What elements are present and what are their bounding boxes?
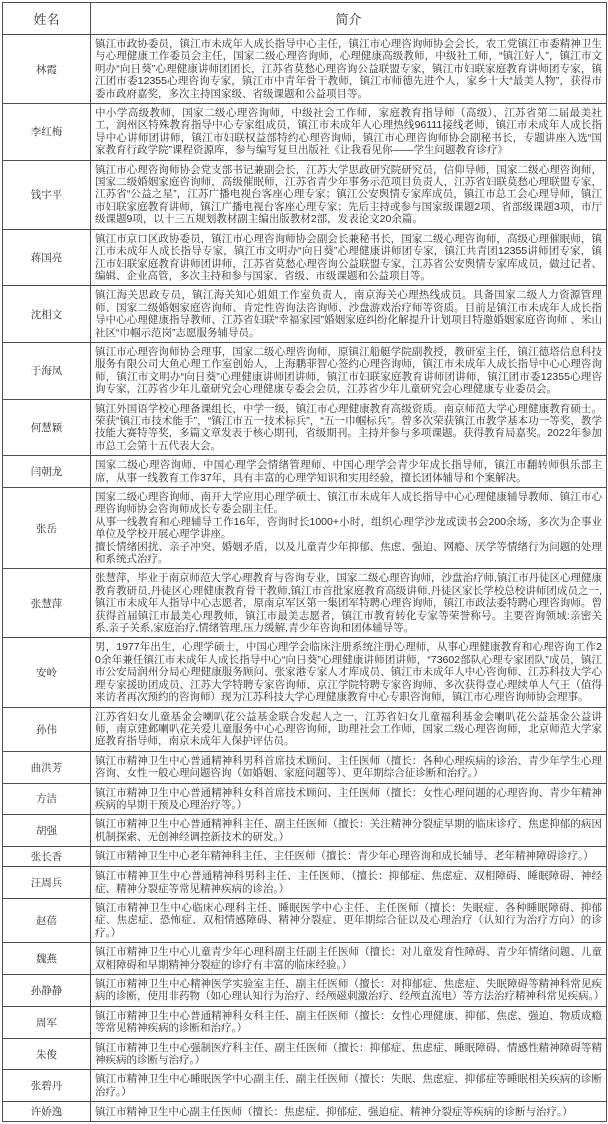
table-row: 周军镇江市精神卫生中心普通精神科女科主任、副主任医师（擅长：女性心理健康、抑郁、… — [3, 1006, 607, 1038]
table-row: 张碧丹镇江市精神卫生中心睡眠医学中心副主任、副主任医师（擅长：失眠、焦虑症、抑郁… — [3, 1070, 607, 1102]
header-row: 姓名 简介 — [3, 3, 607, 35]
person-intro: 镇江市精神卫生中心老年精神科主任、主任医师（擅长：青少年心理咨询和成长辅导、老年… — [91, 847, 607, 867]
person-name: 孙静静 — [3, 975, 91, 1007]
table-row: 于海凤镇江市心理咨询师协会理事，国家二级心理咨询师，原镇江船艇学院副教授，教研室… — [3, 342, 607, 399]
header-intro: 简介 — [91, 3, 607, 35]
person-name: 方洁 — [3, 783, 91, 815]
person-intro: 镇江市心理咨询师协会党支部书记兼副会长，江苏大学思政研究院研究员，信仰导师，国家… — [91, 160, 607, 229]
person-intro: 镇江市京口区政协委员，镇江市心理咨询师协会副会长兼秘书长，国家二级心理咨询师，高… — [91, 229, 607, 286]
person-name: 汪周兵 — [3, 867, 91, 899]
person-intro: 镇江市心理咨询师协会理事，国家二级心理咨询师，原镇江船艇学院副教授，教研室主任，… — [91, 342, 607, 399]
person-intro: 镇江市精神卫生中心普通精神科主任、副主任医师（擅长：关注精神分裂症早期的临床诊疗… — [91, 815, 607, 847]
table-row: 汪周兵镇江市精神卫生中心普通精神科男科主任、主任医师、（擅长：抑郁症、焦虑症、双… — [3, 867, 607, 899]
person-intro: 镇江市精神卫生中心临床心理科主任、睡眠医学中心主任、主任医师（擅长：失眠症、各种… — [91, 898, 607, 942]
person-name: 胡强 — [3, 815, 91, 847]
person-name: 何慧颖 — [3, 399, 91, 456]
person-intro: 男，1977年出生，心理学硕士，中国心理学会临床注册系统注册心理师，从事心理健康… — [91, 638, 607, 707]
person-intro: 镇江市精神卫生中心精神医学实验室主任、副主任医师（擅长：对抑郁症、焦虑症、失眠障… — [91, 975, 607, 1007]
person-name: 安岭 — [3, 638, 91, 707]
table-row: 何慧颖镇江外国语学校心理备课组长，中学一级，镇江市心理健康教育高级资质。南京师范… — [3, 399, 607, 456]
person-name: 钱宇平 — [3, 160, 91, 229]
table-row: 方洁镇江市精神卫生中心普通精神科女科首席技术顾问、主任医师（擅长：女性心理问题的… — [3, 783, 607, 815]
table-row: 钱宇平镇江市心理咨询师协会党支部书记兼副会长，江苏大学思政研究院研究员，信仰导师… — [3, 160, 607, 229]
person-name: 闫朝龙 — [3, 456, 91, 488]
table-row: 赵蓓镇江市精神卫生中心临床心理科主任、睡眠医学中心主任、主任医师（擅长：失眠症、… — [3, 898, 607, 942]
table-row: 朱俊镇江市精神卫生中心强制医疗科主任、副主任医师（擅长：抑郁症、焦虑症、睡眠障碍… — [3, 1038, 607, 1070]
person-name: 张长香 — [3, 847, 91, 867]
person-name: 朱俊 — [3, 1038, 91, 1070]
table-row: 孙静静镇江市精神卫生中心精神医学实验室主任、副主任医师（擅长：对抑郁症、焦虑症、… — [3, 975, 607, 1007]
table-row: 李红梅中小学高级教师，国家二级心理咨询师，中级社会工作师，家庭教育指导师（高级）… — [3, 104, 607, 161]
person-intro: 国家二级心理咨询师、南开大学应用心理学硕士、镇江市未成年人成长指导中心心理健康辅… — [91, 488, 607, 569]
person-intro: 镇江市精神卫生中心普通精神科女科首席技术顾问、主任医师（擅长：女性心理问题的心理… — [91, 783, 607, 815]
person-intro: 镇江市精神卫生中心强制医疗科主任、副主任医师（擅长：抑郁症、焦虑症、睡眠障碍、情… — [91, 1038, 607, 1070]
table-row: 沈相文镇江海关思政专员，镇江海关知心姐姐工作室负责人，南京海关心理热线成员。具备… — [3, 286, 607, 343]
person-intro: 中小学高级教师，国家二级心理咨询师，中级社会工作师，家庭教育指导师（高级），江苏… — [91, 104, 607, 161]
person-name: 许娇逸 — [3, 1102, 91, 1122]
table-row: 闫朝龙国家二级心理咨询师、中国心理学会情绪管理师、中国心理学会青少年成长指导师，… — [3, 456, 607, 488]
person-intro: 镇江市精神卫生中心副主任医师（擅长：焦虑症、抑郁症、强迫症、精神分裂症等疾病的诊… — [91, 1102, 607, 1122]
person-name: 蒋国亮 — [3, 229, 91, 286]
person-intro: 镇江市精神卫生中心睡眠医学中心副主任、副主任医师（擅长：失眠、焦虑症、抑郁症等睡… — [91, 1070, 607, 1102]
table-row: 张慧萍张慧萍，毕业于南京师范大学心理教育与咨询专业，国家二级心理咨询师，沙盘治疗… — [3, 569, 607, 638]
table-row: 林霞镇江市政协委员，镇江市未成年人成长指导中心主任，镇江市心理咨询师协会会长，农… — [3, 35, 607, 104]
person-name: 赵蓓 — [3, 898, 91, 942]
person-intro: 镇江市精神卫生中心普通精神科男科首席技术顾问、主任医师（擅长：各种心理疾病的诊治… — [91, 751, 607, 783]
table-row: 安岭男，1977年出生，心理学硕士，中国心理学会临床注册系统注册心理师，从事心理… — [3, 638, 607, 707]
person-name: 周军 — [3, 1006, 91, 1038]
person-intro: 国家二级心理咨询师、中国心理学会情绪管理师、中国心理学会青少年成长指导师，镇江市… — [91, 456, 607, 488]
person-name: 于海凤 — [3, 342, 91, 399]
table-row: 张岳国家二级心理咨询师、南开大学应用心理学硕士、镇江市未成年人成长指导中心心理健… — [3, 488, 607, 569]
header-name: 姓名 — [3, 3, 91, 35]
person-name: 魏燕 — [3, 943, 91, 975]
person-intro: 镇江市精神卫生中心普通精神科男科主任、主任医师、（擅长：抑郁症、焦虑症、双相障碍… — [91, 867, 607, 899]
staff-table: 姓名 简介 林霞镇江市政协委员，镇江市未成年人成长指导中心主任，镇江市心理咨询师… — [2, 2, 607, 1122]
person-name: 李红梅 — [3, 104, 91, 161]
table-row: 蒋国亮镇江市京口区政协委员，镇江市心理咨询师协会副会长兼秘书长，国家二级心理咨询… — [3, 229, 607, 286]
person-intro: 江苏省妇女儿童基金会喇叭花公益基金联合发起人之一，江苏省妇女儿童福利基金会喇叭花… — [91, 707, 607, 751]
table-row: 张长香镇江市精神卫生中心老年精神科主任、主任医师（擅长：青少年心理咨询和成长辅导… — [3, 847, 607, 867]
person-name: 曲洪芳 — [3, 751, 91, 783]
person-intro: 镇江市精神卫生中心普通精神科女科主任、副主任医师（擅长：女性心理健康、抑郁、焦虑… — [91, 1006, 607, 1038]
person-name: 张岳 — [3, 488, 91, 569]
table-row: 胡强镇江市精神卫生中心普通精神科主任、副主任医师（擅长：关注精神分裂症早期的临床… — [3, 815, 607, 847]
person-name: 林霞 — [3, 35, 91, 104]
person-name: 张慧萍 — [3, 569, 91, 638]
table-row: 曲洪芳镇江市精神卫生中心普通精神科男科首席技术顾问、主任医师（擅长：各种心理疾病… — [3, 751, 607, 783]
table-row: 魏燕镇江市精神卫生中心儿童青少年心理科副主任副主任医师（擅长：对儿童发育性障碍、… — [3, 943, 607, 975]
person-intro: 镇江海关思政专员，镇江海关知心姐姐工作室负责人，南京海关心理热线成员。具备国家二… — [91, 286, 607, 343]
page-container: 姓名 简介 林霞镇江市政协委员，镇江市未成年人成长指导中心主任，镇江市心理咨询师… — [0, 0, 608, 1124]
person-intro: 张慧萍，毕业于南京师范大学心理教育与咨询专业，国家二级心理咨询师，沙盘治疗师,镇… — [91, 569, 607, 638]
table-row: 孙伟江苏省妇女儿童基金会喇叭花公益基金联合发起人之一，江苏省妇女儿童福利基金会喇… — [3, 707, 607, 751]
person-intro: 镇江市政协委员，镇江市未成年人成长指导中心主任，镇江市心理咨询师协会会长，农工党… — [91, 35, 607, 104]
person-name: 沈相文 — [3, 286, 91, 343]
staff-table-body: 林霞镇江市政协委员，镇江市未成年人成长指导中心主任，镇江市心理咨询师协会会长，农… — [3, 35, 607, 1122]
person-intro: 镇江外国语学校心理备课组长，中学一级，镇江市心理健康教育高级资质。南京师范大学心… — [91, 399, 607, 456]
person-name: 张碧丹 — [3, 1070, 91, 1102]
person-name: 孙伟 — [3, 707, 91, 751]
person-intro: 镇江市精神卫生中心儿童青少年心理科副主任副主任医师（擅长：对儿童发育性障碍、青少… — [91, 943, 607, 975]
